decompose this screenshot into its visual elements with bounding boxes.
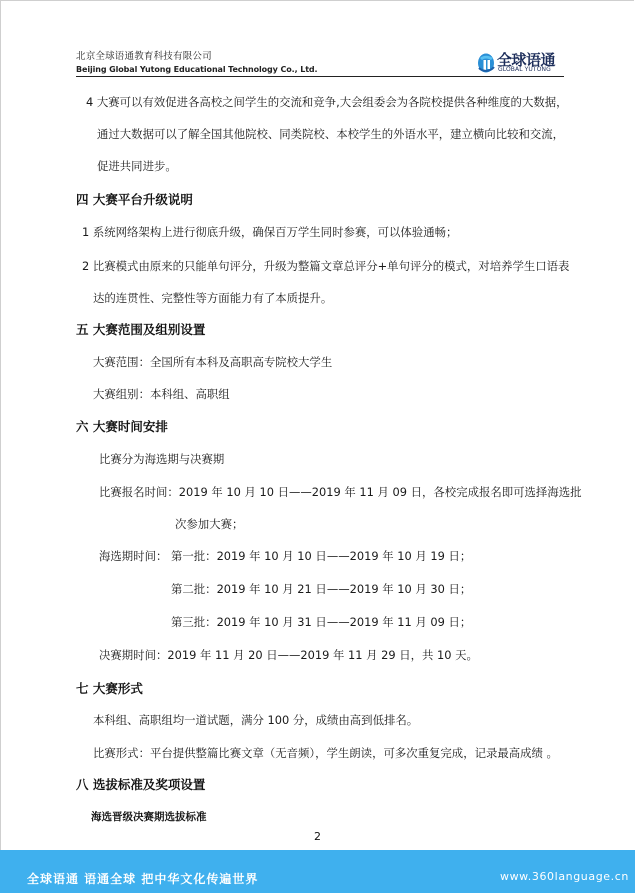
- s6-intro: 比赛分为海选期与决赛期: [99, 451, 224, 467]
- section-7-heading: 七 大赛形式: [76, 679, 143, 697]
- company-name-cn: 北京全球语通教育科技有限公司: [76, 48, 212, 62]
- header-divider: [76, 76, 564, 77]
- s6-registration-line2: 次参加大赛；: [175, 516, 243, 532]
- s5-scope: 大赛范围：全国所有本科及高职高专院校大学生: [93, 354, 332, 370]
- footer-website-link[interactable]: www.360language.cn: [500, 870, 629, 883]
- section-5-heading: 五 大赛范围及组别设置: [76, 320, 205, 338]
- s4-item2-line1: 2 比赛模式由原来的只能单句评分，升级为整篇文章总评分+单句评分的模式，对培养学…: [82, 258, 569, 274]
- s6-batch-2: 第二批：2019 年 10 月 21 日——2019 年 10 月 30 日；: [171, 581, 471, 597]
- item4-line1: 4 大赛可以有效促进各高校之间学生的交流和竞争,大会组委会为各院校提供各种维度的…: [86, 94, 568, 110]
- s4-item1: 1 系统网络架构上进行彻底升级，确保百万学生同时参赛，可以体验通畅；: [82, 224, 457, 240]
- footer-slogan: 全球语通 语通全球 把中华文化传遍世界: [27, 870, 258, 887]
- section-4-heading: 四 大赛平台升级说明: [76, 190, 193, 208]
- section-8-heading: 八 选拔标准及奖项设置: [76, 775, 205, 793]
- s4-item2-line2: 达的连贯性、完整性等方面能力有了本质提升。: [93, 290, 332, 306]
- s6-registration-line1: 比赛报名时间：2019 年 10 月 10 日——2019 年 11 月 09 …: [99, 484, 582, 500]
- s8-subheading: 海选晋级决赛期选拔标准: [91, 809, 207, 824]
- s5-groups: 大赛组别：本科组、高职组: [93, 386, 230, 402]
- s7-line2: 比赛形式：平台提供整篇比赛文章（无音频），学生朗读，可多次重复完成，记录最高成绩…: [93, 745, 558, 761]
- item4-line2: 通过大数据可以了解全国其他院校、同类院校、本校学生的外语水平，建立横向比较和交流…: [97, 126, 564, 142]
- page-header: 北京全球语通教育科技有限公司 Beijing Global Yutong Edu…: [76, 48, 564, 78]
- item4-line3: 促进共同进步。: [97, 158, 177, 174]
- page-footer: 全球语通 语通全球 把中华文化传遍世界 www.360language.cn: [0, 850, 635, 893]
- s6-batch-3: 第三批：2019 年 10 月 31 日——2019 年 11 月 09 日；: [171, 614, 471, 630]
- s6-batch-1: 第一批：2019 年 10 月 10 日——2019 年 10 月 19 日；: [171, 548, 471, 564]
- s6-final: 决赛期时间：2019 年 11 月 20 日——2019 年 11 月 29 日…: [99, 647, 478, 663]
- globe-swoosh-icon: [477, 52, 496, 74]
- page-number: 2: [314, 830, 321, 843]
- s7-line1: 本科组、高职组均一道试题，满分 100 分，成绩由高到低排名。: [93, 712, 418, 728]
- company-name-en: Beijing Global Yutong Educational Techno…: [76, 65, 318, 74]
- logo-text-en: GLOBAL YUTONG: [498, 66, 551, 73]
- section-6-heading: 六 大赛时间安排: [76, 417, 168, 435]
- s6-prelim-label: 海选期时间：: [99, 548, 167, 564]
- company-logo: 全球语通 GLOBAL YUTONG: [477, 50, 567, 76]
